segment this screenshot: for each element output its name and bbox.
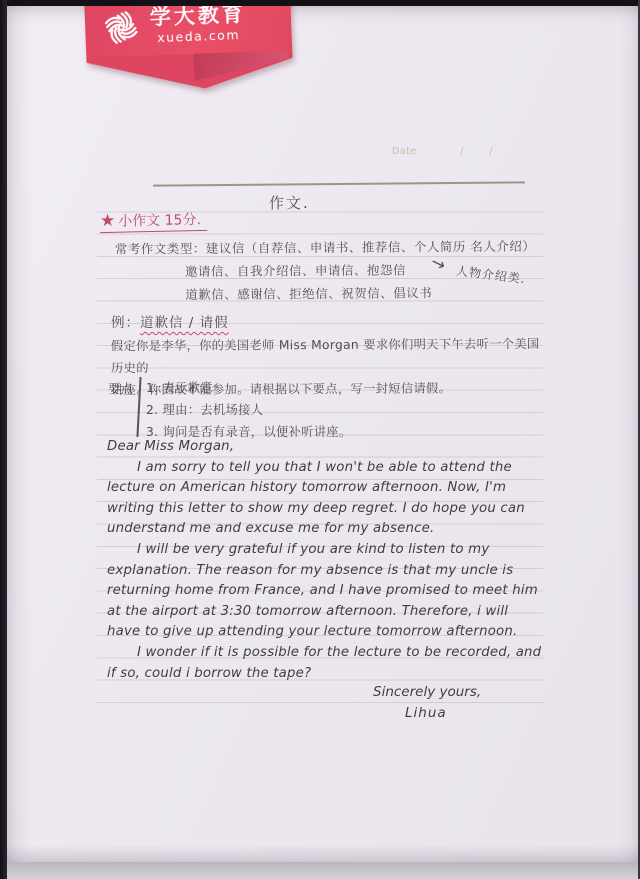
letter-signature: Lihua (405, 705, 447, 721)
point-item: 2. 理由：去机场接人 (146, 399, 352, 421)
letter-salutation: Dear Miss Morgan, (107, 437, 545, 458)
highlight-line: ★ 小作文 15分. (100, 209, 207, 233)
page-bottom-shadow (7, 845, 639, 863)
star-icon: ★ (100, 212, 116, 229)
example-line: 例：道歉信 / 请假 (111, 311, 229, 331)
english-letter: Dear Miss Morgan, I am sorry to tell you… (107, 437, 545, 684)
date-header: Date / / (392, 146, 493, 157)
ribbon-body: 学大教育 xueda.com (84, 0, 292, 59)
photo-edge-top (0, 0, 640, 6)
point-item: 1. 表示歉意 (146, 377, 352, 399)
date-label: Date (392, 146, 417, 157)
date-slash: / (489, 146, 493, 157)
brand-ribbon: 学大教育 xueda.com (84, 0, 294, 96)
table-surface (7, 862, 639, 879)
example-title: 道歉信 / 请假 (140, 315, 229, 331)
letter-closing: Sincerely yours, (373, 684, 481, 700)
date-slash: / (460, 146, 464, 157)
pinwheel-icon (100, 6, 142, 48)
scanned-notebook-photo: { "brand": { "name": "学大教育", "domain": "… (0, 0, 640, 879)
note-title: 作文. (269, 192, 310, 213)
points-label: 要点 (108, 379, 133, 397)
notebook-page: Date / / 作文. ★ 小作文 15分. 常考作文类型：建议信（自荐信、申… (7, 6, 639, 879)
types-line: 道歉信、感谢信、拒绝信、祝贺信、倡议书 (185, 281, 536, 306)
example-label: 例： (111, 315, 140, 331)
brand-text: 学大教育 xueda.com (149, 3, 246, 46)
brand-name: 学大教育 (149, 3, 246, 30)
ribbon-fold (193, 50, 289, 81)
letter-paragraph: I am sorry to tell you that I won't be a… (107, 458, 545, 540)
types-line: 常考作文类型：建议信（自荐信、申请书、推荐信、个人简历 名人介绍） (115, 235, 536, 261)
header-rule-line (153, 181, 525, 186)
task-line: 假定你是李华，你的美国老师 Miss Morgan 要求你们明天下午去听一个美国… (111, 333, 547, 379)
letter-paragraph: I wonder if it is possible for the lectu… (107, 643, 545, 684)
photo-edge-left (0, 0, 7, 879)
points-list: 1. 表示歉意 2. 理由：去机场接人 3. 询问是否有录音，以便补听讲座。 (146, 377, 352, 443)
highlight-text: 小作文 15分. (118, 209, 201, 231)
letter-paragraph: I will be very grateful if you are kind … (107, 540, 545, 643)
brand-domain: xueda.com (157, 27, 240, 45)
